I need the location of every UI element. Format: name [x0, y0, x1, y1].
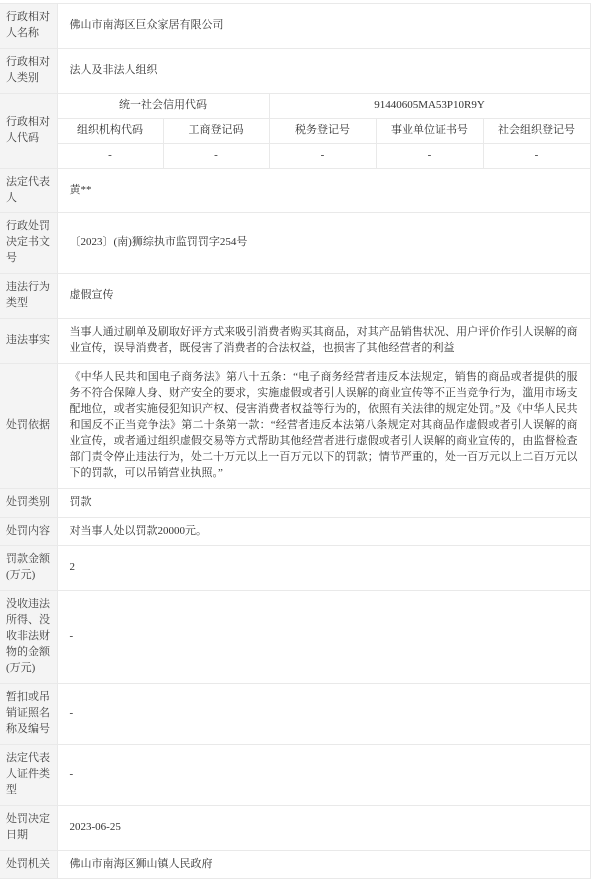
row-penalty-content: 处罚内容 对当事人处以罚款20000元。 — [0, 517, 590, 546]
violation-type-value: 虚假宣传 — [57, 274, 590, 319]
entity-type-value: 法人及非法人组织 — [57, 48, 590, 93]
license-revocation-label: 暂扣或吊销证照名称及编号 — [0, 684, 57, 745]
penalty-content-value: 对当事人处以罚款20000元。 — [57, 517, 590, 546]
row-entity-code-headers: 组织机构代码 工商登记码 税务登记号 事业单位证书号 社会组织登记号 — [0, 118, 590, 143]
row-penalty-authority: 处罚机关 佛山市南海区狮山镇人民政府 — [0, 850, 590, 879]
legal-rep-id-type-value: - — [57, 744, 590, 805]
code-value-org: - — [57, 143, 163, 168]
penalty-basis-value: 《中华人民共和国电子商务法》第八十五条：“电子商务经营者违反本法规定，销售的商品… — [57, 364, 590, 489]
row-confiscation-amount: 没收违法所得、没收非法财物的金额 (万元) - — [0, 591, 590, 684]
code-column-tax: 税务登记号 — [269, 118, 376, 143]
legal-rep-id-type-label: 法定代表人证件类型 — [0, 744, 57, 805]
code-column-institution: 事业单位证书号 — [376, 118, 483, 143]
row-decision-doc-number: 行政处罚决定书文号 〔2023〕(南)狮综执市监罚罚字254号 — [0, 213, 590, 274]
penalty-content-label: 处罚内容 — [0, 517, 57, 546]
row-entity-code-values: - - - - - — [0, 143, 590, 168]
violation-facts-label: 违法事实 — [0, 319, 57, 364]
code-column-business: 工商登记码 — [163, 118, 269, 143]
code-value-business: - — [163, 143, 269, 168]
decision-date-value: 2023-06-25 — [57, 805, 590, 850]
legal-representative-value: 黄** — [57, 168, 590, 213]
row-penalty-category: 处罚类别 罚款 — [0, 488, 590, 517]
code-value-tax: - — [269, 143, 376, 168]
violation-type-label: 违法行为类型 — [0, 274, 57, 319]
code-value-institution: - — [376, 143, 483, 168]
penalty-category-label: 处罚类别 — [0, 488, 57, 517]
entity-name-label: 行政相对人名称 — [0, 4, 57, 49]
penalty-basis-label: 处罚依据 — [0, 364, 57, 489]
row-entity-code-credit: 行政相对人代码 统一社会信用代码 91440605MA53P10R9Y — [0, 93, 590, 118]
row-violation-facts: 违法事实 当事人通过刷单及刷取好评方式来吸引消费者购买其商品，对其产品销售状况、… — [0, 319, 590, 364]
license-revocation-value: - — [57, 684, 590, 745]
credit-code-label: 统一社会信用代码 — [57, 93, 269, 118]
row-entity-name: 行政相对人名称 佛山市南海区巨众家居有限公司 — [0, 4, 590, 49]
row-legal-rep-id-type: 法定代表人证件类型 - — [0, 744, 590, 805]
fine-amount-value: 2 — [57, 546, 590, 591]
row-decision-date: 处罚决定日期 2023-06-25 — [0, 805, 590, 850]
row-license-revocation: 暂扣或吊销证照名称及编号 - — [0, 684, 590, 745]
penalty-category-value: 罚款 — [57, 488, 590, 517]
penalty-authority-label: 处罚机关 — [0, 850, 57, 879]
penalty-record-page: 行政相对人名称 佛山市南海区巨众家居有限公司 行政相对人类别 法人及非法人组织 … — [0, 0, 600, 879]
entity-code-label: 行政相对人代码 — [0, 93, 57, 168]
decision-doc-number-value: 〔2023〕(南)狮综执市监罚罚字254号 — [57, 213, 590, 274]
decision-date-label: 处罚决定日期 — [0, 805, 57, 850]
code-column-org: 组织机构代码 — [57, 118, 163, 143]
code-column-social-org: 社会组织登记号 — [483, 118, 590, 143]
violation-facts-value: 当事人通过刷单及刷取好评方式来吸引消费者购买其商品，对其产品销售状况、用户评价作… — [57, 319, 590, 364]
row-penalty-basis: 处罚依据 《中华人民共和国电子商务法》第八十五条：“电子商务经营者违反本法规定，… — [0, 364, 590, 489]
decision-doc-number-label: 行政处罚决定书文号 — [0, 213, 57, 274]
penalty-info-table: 行政相对人名称 佛山市南海区巨众家居有限公司 行政相对人类别 法人及非法人组织 … — [0, 3, 591, 879]
row-legal-representative: 法定代表人 黄** — [0, 168, 590, 213]
credit-code-value: 91440605MA53P10R9Y — [269, 93, 590, 118]
row-entity-type: 行政相对人类别 法人及非法人组织 — [0, 48, 590, 93]
entity-name-value: 佛山市南海区巨众家居有限公司 — [57, 4, 590, 49]
confiscation-amount-label: 没收违法所得、没收非法财物的金额 (万元) — [0, 591, 57, 684]
penalty-authority-value: 佛山市南海区狮山镇人民政府 — [57, 850, 590, 879]
fine-amount-label: 罚款金额 (万元) — [0, 546, 57, 591]
legal-representative-label: 法定代表人 — [0, 168, 57, 213]
confiscation-amount-value: - — [57, 591, 590, 684]
entity-type-label: 行政相对人类别 — [0, 48, 57, 93]
row-fine-amount: 罚款金额 (万元) 2 — [0, 546, 590, 591]
code-value-social-org: - — [483, 143, 590, 168]
row-violation-type: 违法行为类型 虚假宣传 — [0, 274, 590, 319]
